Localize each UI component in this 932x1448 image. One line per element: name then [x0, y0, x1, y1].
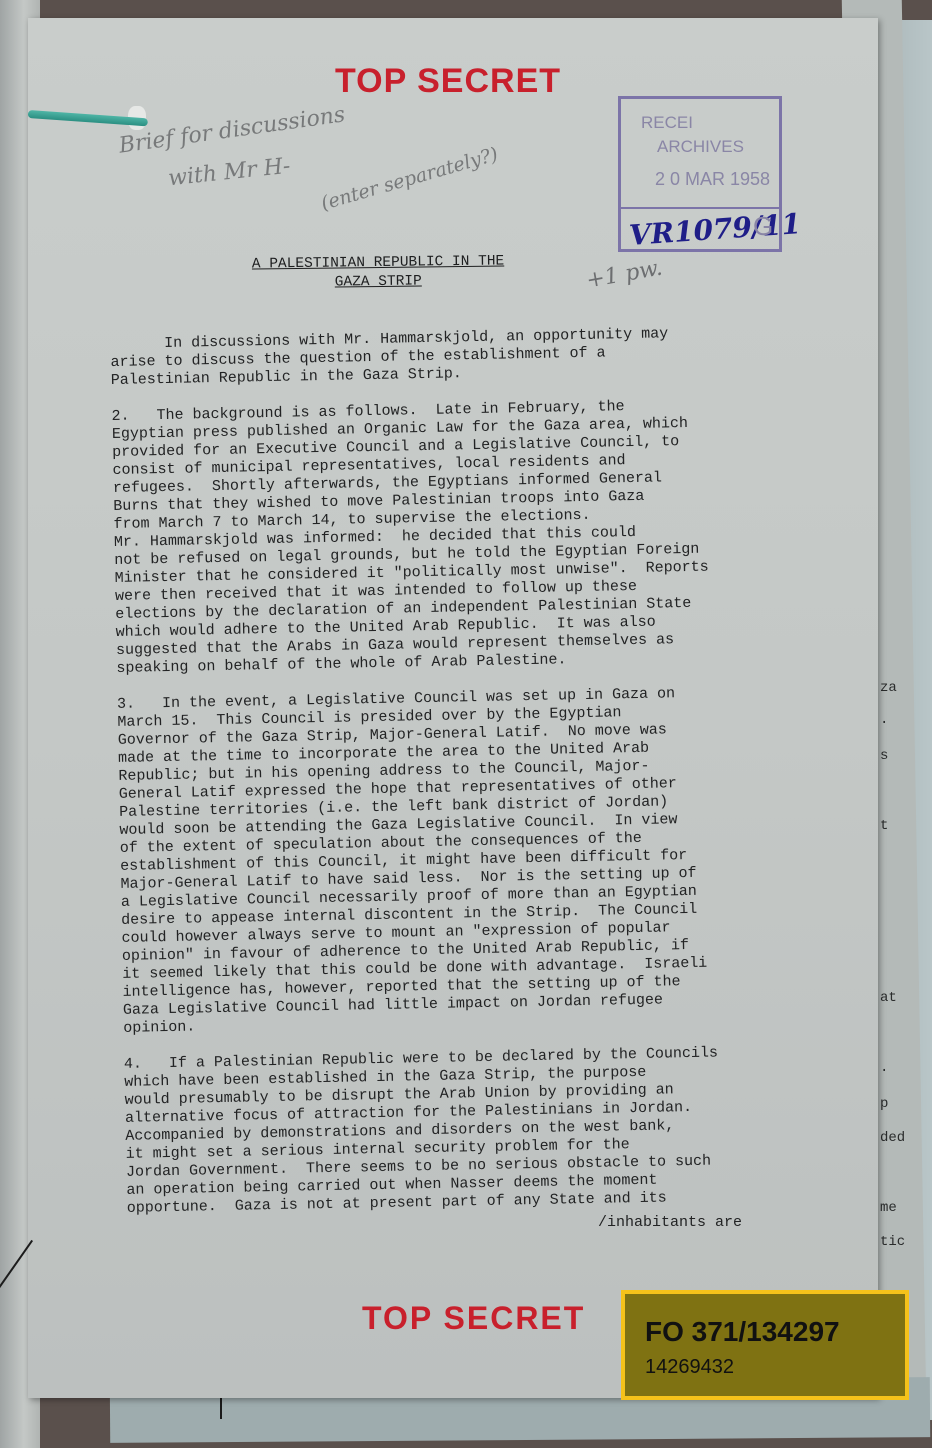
- registry-reference: VR1079/11: [628, 207, 802, 252]
- side-fragment: p: [880, 1096, 888, 1112]
- side-fragment: .: [880, 1060, 888, 1076]
- stamp-line: RECEI: [641, 113, 693, 133]
- archive-received-stamp: RECEI ARCHIVES 2 0 MAR 1958 VR1079/11 G: [618, 96, 782, 252]
- paragraph: 3. In the event, a Legislative Council w…: [117, 682, 823, 1037]
- side-fragment: at: [880, 990, 897, 1006]
- classification-bottom: TOP SECRET: [362, 1300, 585, 1337]
- paragraph: 4. If a Palestinian Republic were to be …: [124, 1042, 827, 1217]
- stamp-suffix: G: [753, 211, 773, 242]
- catchword: /inhabitants are: [598, 1214, 742, 1231]
- archive-reference-label: FO 371/134297 14269432: [621, 1290, 909, 1400]
- document-body: In discussions with Mr. Hammarskjold, an…: [110, 323, 827, 1236]
- image-number: 14269432: [645, 1356, 734, 1379]
- stamp-line: ARCHIVES: [657, 137, 744, 157]
- side-fragment: s: [880, 748, 888, 764]
- side-fragment: ded: [880, 1130, 905, 1146]
- piece-reference: FO 371/134297: [645, 1316, 840, 1348]
- paragraph: 2. The background is as follows. Late in…: [111, 395, 816, 678]
- document-title: A PALESTINIAN REPUBLIC IN THE GAZA STRIP: [252, 252, 505, 293]
- classification-top: TOP SECRET: [335, 62, 561, 101]
- side-fragment: za: [880, 680, 897, 696]
- side-fragment: .: [880, 712, 888, 728]
- side-fragment: t: [880, 818, 888, 834]
- sheet-mark: [220, 1395, 222, 1419]
- stamp-divider: [621, 207, 779, 209]
- title-line: A PALESTINIAN REPUBLIC IN THE: [252, 252, 505, 274]
- side-fragment: tic: [880, 1234, 905, 1250]
- stamp-date: 2 0 MAR 1958: [655, 169, 770, 190]
- side-fragment: me: [880, 1200, 897, 1216]
- title-line: GAZA STRIP: [252, 271, 505, 293]
